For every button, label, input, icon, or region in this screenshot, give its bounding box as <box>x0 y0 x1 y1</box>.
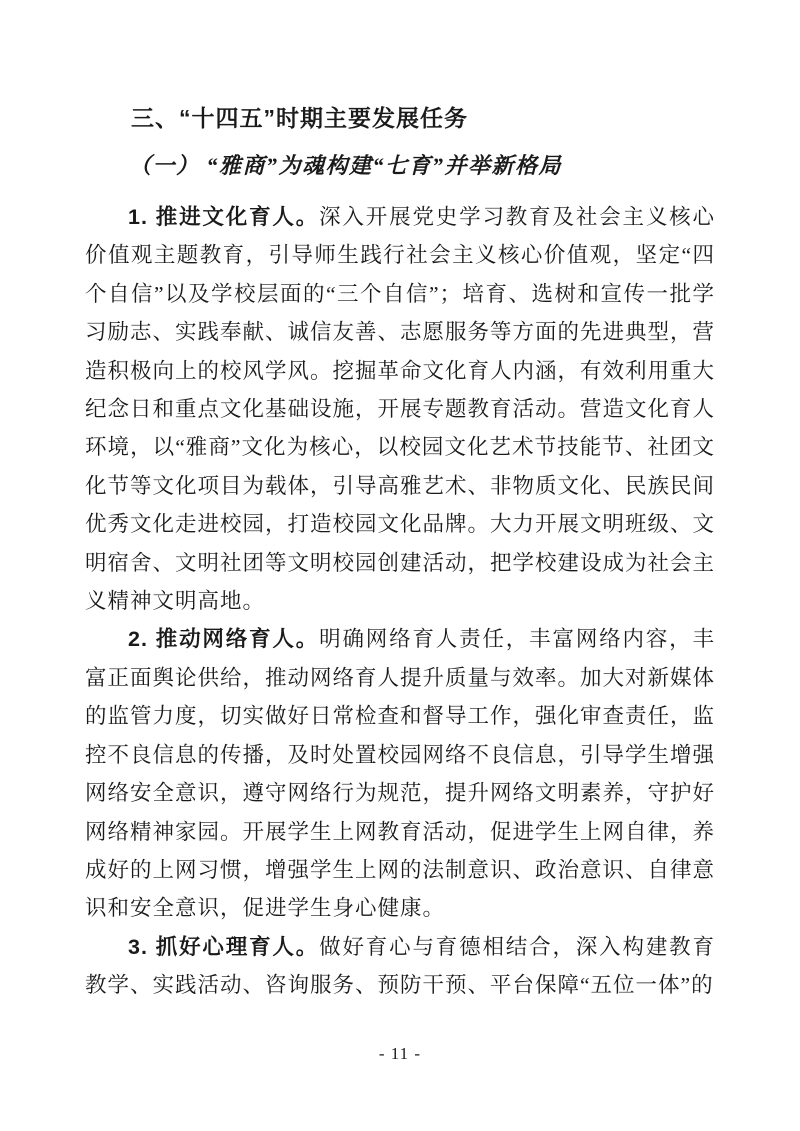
paragraph-culture-education-text: 深入开展党史学习教育及社会主义核心价值观主题教育，引导师生践行社会主义核心价值观… <box>85 205 715 613</box>
paragraph-network-education: 2. 推动网络育人。明确网络育人责任，丰富网络内容，丰富正面舆论供给，推动网络育… <box>85 620 715 927</box>
subsection-heading: （一） “雅商”为魂构建“七育”并举新格局 <box>85 146 715 186</box>
document-page: 三、“十四五”时期主要发展任务 （一） “雅商”为魂构建“七育”并举新格局 1.… <box>0 0 800 1131</box>
paragraph-psychology-education-lead: 3. 抓好心理育人。 <box>128 935 319 959</box>
paragraph-network-education-lead: 2. 推动网络育人。 <box>128 627 319 651</box>
paragraph-network-education-text: 明确网络育人责任，丰富网络内容，丰富正面舆论供给，推动网络育人提升质量与效率。加… <box>85 627 715 920</box>
paragraph-culture-education-lead: 1. 推进文化育人。 <box>128 205 319 229</box>
section-heading: 三、“十四五”时期主要发展任务 <box>85 98 715 138</box>
paragraph-psychology-education: 3. 抓好心理育人。做好育心与育德相结合，深入构建教育教学、实践活动、咨询服务、… <box>85 928 715 1005</box>
page-number: - 11 - <box>0 1044 800 1064</box>
paragraph-culture-education: 1. 推进文化育人。深入开展党史学习教育及社会主义核心价值观主题教育，引导师生践… <box>85 198 715 620</box>
